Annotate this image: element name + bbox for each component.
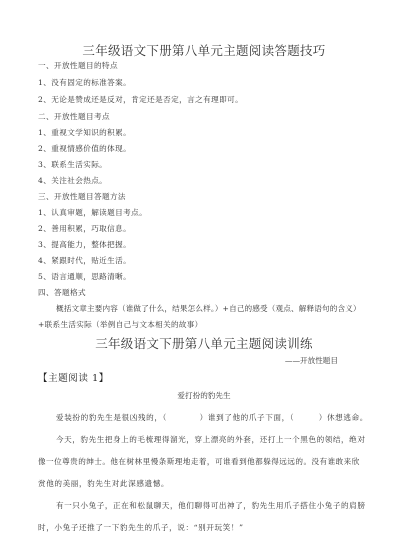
list-item: 1、认真审题，解读题目考点。 [38,207,147,218]
list-item: 2、善用积累，巧取信息。 [38,223,131,234]
training-subtitle: ——开放性题目 [285,355,338,366]
list-item: 1、没有固定的标准答案。 [38,77,131,88]
passage-paragraph: 今天，豹先生把身上的毛梳理得溜光，穿上漂亮的外套，还打上一个黑色的领结，绝对 [56,434,365,445]
passage-title: 爱打扮的豹先生 [0,390,408,401]
list-item: 4、紧跟时代，贴近生活。 [38,255,131,266]
document-title: 三年级语文下册第八单元主题阅读答题技巧 [0,41,408,59]
training-title: 三年级语文下册第八单元主题阅读训练 [0,334,408,352]
passage-paragraph: 有一只小兔子，正在和松鼠聊天，他们聊得可出神了，豹先生用爪子搭住小兔子的肩膀 [56,500,365,511]
list-item: 3、联系生活实际。 [38,159,107,170]
section-heading: 二、开放性题目考点 [38,111,110,122]
reading-label: 【主题阅读 1】 [38,370,109,384]
list-item: 4、关注社会热点。 [38,175,107,186]
answer-format-line: +联系生活实际（举例自己与文本相关的故事） [38,319,203,330]
list-item: 3、提高能力，整体把握。 [38,239,131,250]
list-item: 5、语言通顺，思路清晰。 [38,271,131,282]
passage-line: 像一位尊贵的绅士。他在树林里慢条斯理地走着，可谁看到他都躲得远远的。没有谁敢来欣 [38,456,360,467]
list-item: 2、无论是赞成还是反对，肯定还是否定，言之有理即可。 [38,94,243,105]
list-item: 1、重视文学知识的积累。 [38,127,131,138]
answer-format-line: 概括文章主要内容（谁做了什么，结果怎么样。）+自己的感受（观点、解释语句的含义） [56,303,361,314]
section-heading: 一、开放性题目的特点 [38,60,118,71]
passage-line: 赏他的美丽，豹先生对此深感遗憾。 [38,478,169,489]
section-heading: 三、开放性题目答题方法 [38,191,126,202]
passage-paragraph: 爱装扮的豹先生是很凶残的，（ ）谁到了他的爪子下面，（ ）休想逃命。 [56,412,368,423]
list-item: 2、重视情感价值的体现。 [38,143,131,154]
passage-line: 时，小兔子还推了一下豹先生的爪子，说：“别开玩笑！” [38,522,244,533]
section-heading: 四、答题格式 [38,287,86,298]
